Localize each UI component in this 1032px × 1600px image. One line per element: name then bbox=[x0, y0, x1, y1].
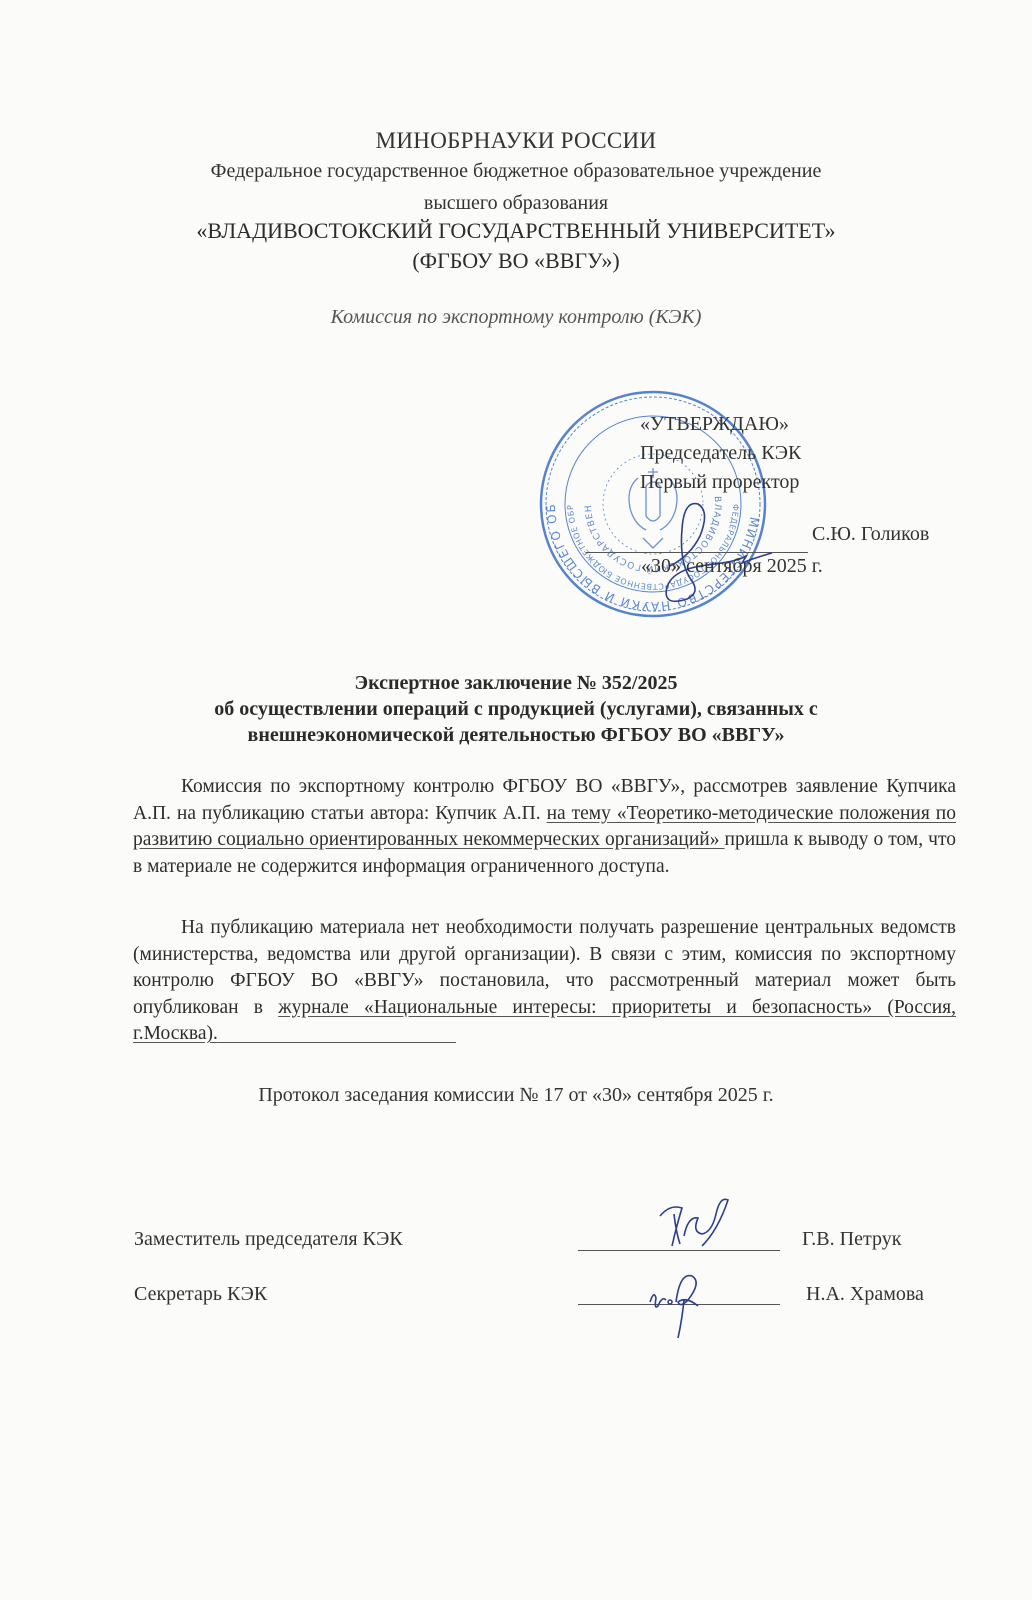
university-abbreviation: (ФГБОУ ВО «ВВГУ») bbox=[0, 248, 1032, 274]
signatory-name-secretary: Н.А. Храмова bbox=[806, 1283, 924, 1306]
approver-role-vice-rector: Первый проректор bbox=[640, 468, 801, 497]
approver-name: С.Ю. Голиков bbox=[812, 523, 929, 546]
approval-block: «УТВЕРЖДАЮ» Председатель КЭК Первый прор… bbox=[640, 410, 801, 497]
body-paragraph-1: Комиссия по экспортному контролю ФГБОУ В… bbox=[133, 774, 956, 880]
committee-name: Комиссия по экспортному контролю (КЭК) bbox=[0, 306, 1032, 329]
approver-role-chair: Председатель КЭК bbox=[640, 439, 801, 468]
document-subtitle-line2: внешнеэкономической деятельностью ФГБОУ … bbox=[0, 724, 1032, 747]
signatory-role-secretary: Секретарь КЭК bbox=[134, 1283, 267, 1306]
ministry-heading: МИНОБРНАУКИ РОССИИ bbox=[0, 128, 1032, 154]
approval-date: «30» сентября 2025 г. bbox=[641, 555, 823, 578]
university-name: «ВЛАДИВОСТОКСКИЙ ГОСУДАРСТВЕННЫЙ УНИВЕРС… bbox=[0, 218, 1032, 244]
signatory-name-deputy-chair: Г.В. Петрук bbox=[802, 1228, 901, 1251]
document-page: МИНОБРНАУКИ РОССИИ Федеральное государст… bbox=[0, 0, 1032, 1600]
approval-heading: «УТВЕРЖДАЮ» bbox=[640, 410, 801, 439]
protocol-reference: Протокол заседания комиссии № 17 от «30»… bbox=[0, 1084, 1032, 1107]
document-subtitle-line1: об осуществлении операций с продукцией (… bbox=[0, 698, 1032, 721]
deputy-chair-signature-icon bbox=[650, 1196, 740, 1256]
fill-underline bbox=[218, 1041, 456, 1043]
institution-type-line1: Федеральное государственное бюджетное об… bbox=[0, 160, 1032, 183]
approver-signature-icon bbox=[640, 496, 810, 606]
secretary-signature-icon bbox=[640, 1262, 720, 1342]
institution-type-line2: высшего образования bbox=[0, 192, 1032, 215]
body-paragraph-2: На публикацию материала нет необходимост… bbox=[133, 915, 956, 1048]
signatory-role-deputy-chair: Заместитель председателя КЭК bbox=[134, 1228, 403, 1251]
document-title: Экспертное заключение № 352/2025 bbox=[0, 672, 1032, 695]
